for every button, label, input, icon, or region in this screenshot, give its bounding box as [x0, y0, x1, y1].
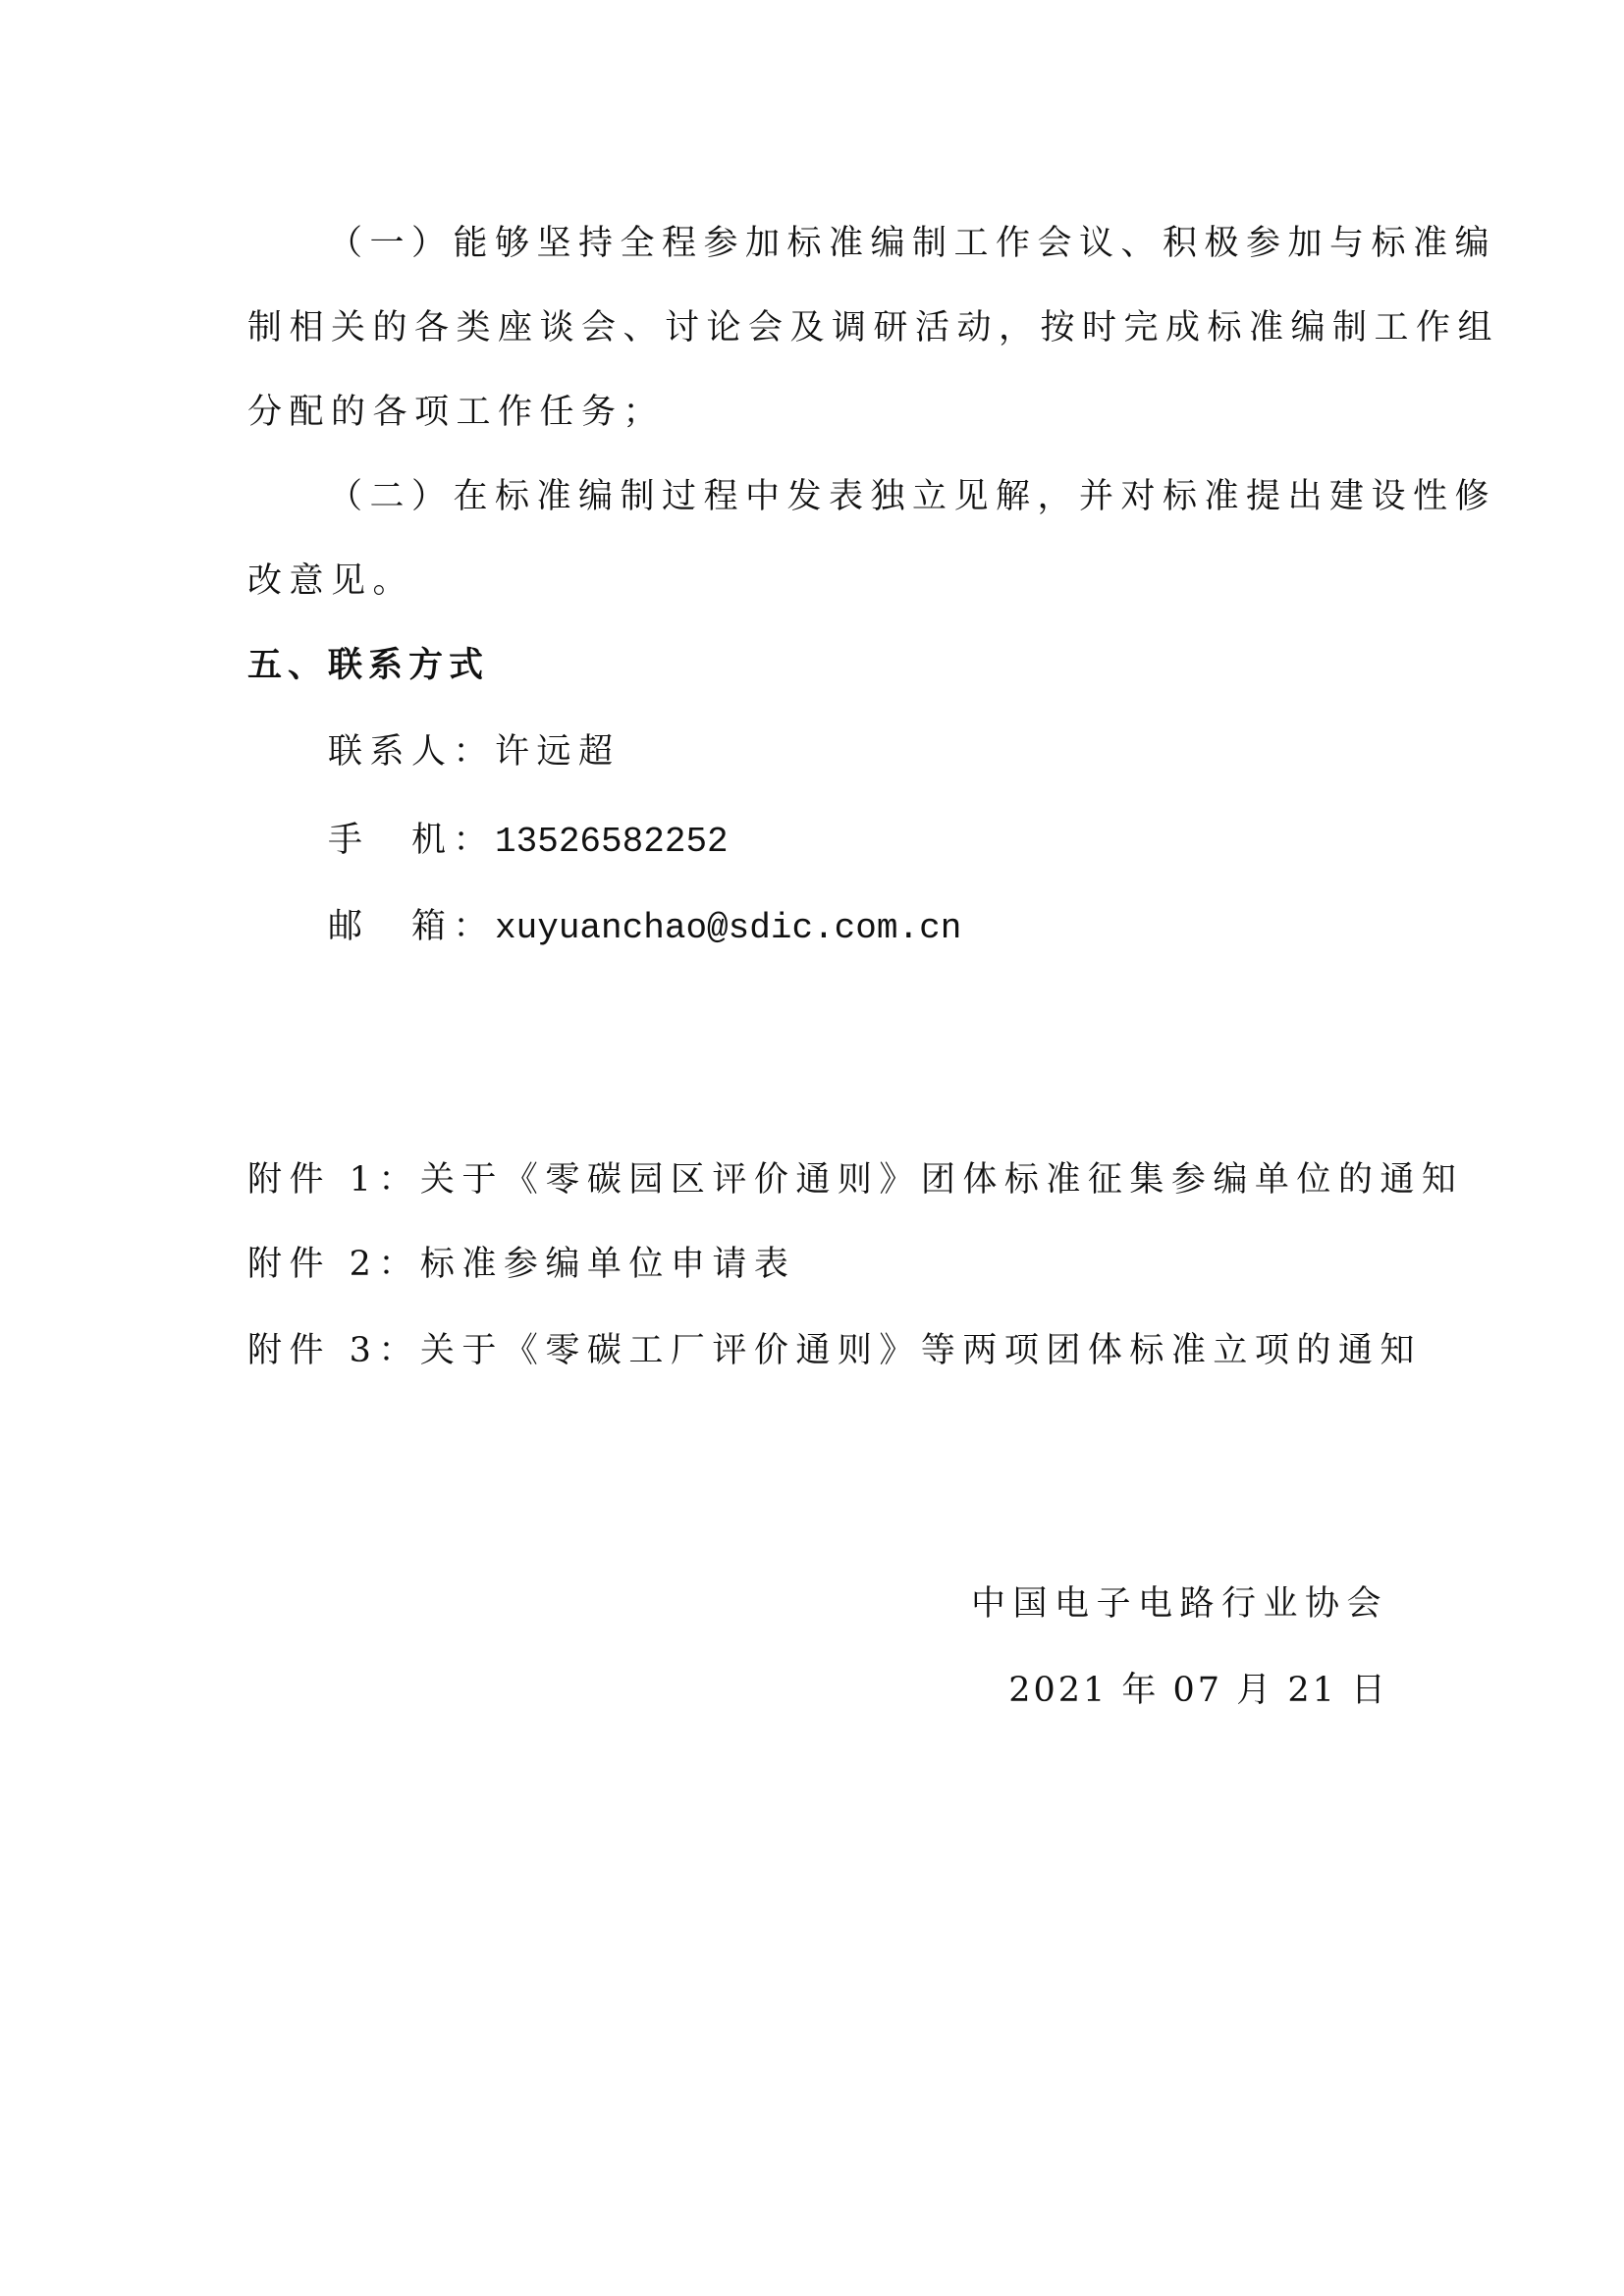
- signature-date: 2021 年 07 月 21 日: [1008, 1669, 1388, 1712]
- contact-email-label: 邮 箱：: [328, 907, 495, 946]
- contact-person: 联系人：许远超: [328, 730, 621, 774]
- section-heading: 五、联系方式: [247, 644, 489, 687]
- paragraph-1-line-1: （一）能够坚持全程参加标准编制工作会议、积极参加与标准编: [328, 222, 1496, 265]
- contact-person-label: 联系人：: [328, 732, 495, 772]
- contact-phone: 手 机：13526582252: [328, 819, 729, 864]
- paragraph-1-line-2: 制相关的各类座谈会、讨论会及调研活动，按时完成标准编制工作组: [247, 306, 1499, 349]
- contact-phone-value: 13526582252: [495, 822, 729, 862]
- attachment-3: 附件 3：关于《零碳工厂评价通则》等两项团体标准立项的通知: [247, 1329, 1422, 1372]
- signature-organization: 中国电子电路行业协会: [971, 1582, 1388, 1626]
- contact-person-value: 许远超: [495, 732, 621, 772]
- document-page: （一）能够坚持全程参加标准编制工作会议、积极参加与标准编 制相关的各类座谈会、讨…: [0, 0, 1624, 2296]
- contact-email-value[interactable]: xuyuanchao@sdic.com.cn: [495, 908, 961, 948]
- paragraph-2-line-1: （二）在标准编制过程中发表独立见解，并对标准提出建设性修: [328, 475, 1496, 518]
- contact-email: 邮 箱：xuyuanchao@sdic.com.cn: [328, 905, 961, 950]
- paragraph-2-line-2: 改意见。: [247, 560, 414, 603]
- attachment-2: 附件 2：标准参编单位申请表: [247, 1243, 795, 1286]
- attachment-1: 附件 1：关于《零碳园区评价通则》团体标准征集参编单位的通知: [247, 1158, 1463, 1201]
- paragraph-1-line-3: 分配的各项工作任务；: [247, 391, 665, 434]
- contact-phone-label: 手 机：: [328, 821, 495, 860]
